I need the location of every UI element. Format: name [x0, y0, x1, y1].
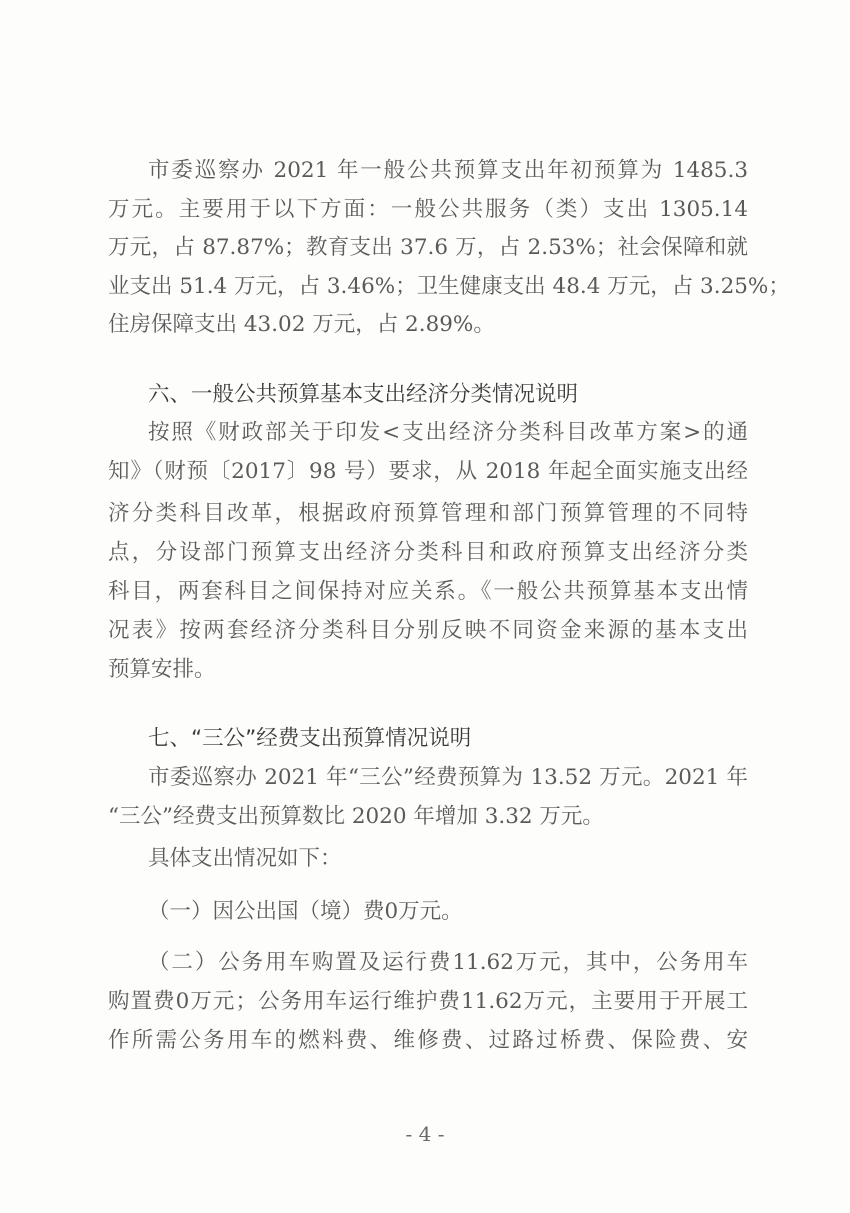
- paragraph-line: 预算安排。: [108, 651, 748, 689]
- paragraph-line: 况表》按两套经济分类科目分别反映不同资金来源的基本支出: [108, 612, 748, 650]
- paragraph-line: 业支出 51.4 万元，占 3.46%；卫生健康支出 48.4 万元，占 3.2…: [108, 268, 748, 306]
- paragraph-line: 按照《财政部关于印发<支出经济分类科目改革方案>的通: [108, 414, 748, 452]
- paragraph-line: 万元。主要用于以下方面：一般公共服务（类）支出 1305.14: [108, 191, 748, 229]
- paragraph-line: （二）公务用车购置及运行费11.62万元，其中，公务用车: [108, 944, 748, 982]
- section-heading-7: 七、“三公”经费支出预算情况说明: [108, 720, 748, 758]
- paragraph-line: “三公”经费支出预算数比 2020 年增加 3.32 万元。: [108, 798, 748, 836]
- paragraph-line: 科目，两套科目之间保持对应关系。《一般公共预算基本支出情: [108, 573, 748, 611]
- paragraph-line: 点，分设部门预算支出经济分类科目和政府预算支出经济分类: [108, 534, 748, 572]
- paragraph-line: 万元，占 87.87%；教育支出 37.6 万，占 2.53%；社会保障和就: [108, 229, 748, 267]
- paragraph-line: （一）因公出国（境）费0万元。: [108, 893, 748, 931]
- section-heading-6: 六、一般公共预算基本支出经济分类情况说明: [108, 376, 748, 414]
- paragraph-line: 济分类科目改革，根据政府预算管理和部门预算管理的不同特: [108, 495, 748, 533]
- paragraph-line: 作所需公务用车的燃料费、维修费、过路过桥费、保险费、安: [108, 1022, 748, 1060]
- paragraph-line: 具体支出情况如下：: [108, 840, 748, 878]
- paragraph-line: 购置费0万元；公务用车运行维护费11.62万元，主要用于开展工: [108, 983, 748, 1021]
- paragraph-line: 住房保障支出 43.02 万元，占 2.89%。: [108, 306, 748, 344]
- paragraph-line: 市委巡察办 2021 年“三公”经费预算为 13.52 万元。2021 年: [108, 759, 748, 797]
- paragraph-line: 市委巡察办 2021 年一般公共预算支出年初预算为 1485.3: [108, 152, 748, 190]
- page-number: - 4 -: [0, 1122, 850, 1146]
- paragraph-line: 知》（财预〔2017〕98 号）要求，从 2018 年起全面实施支出经: [108, 453, 748, 491]
